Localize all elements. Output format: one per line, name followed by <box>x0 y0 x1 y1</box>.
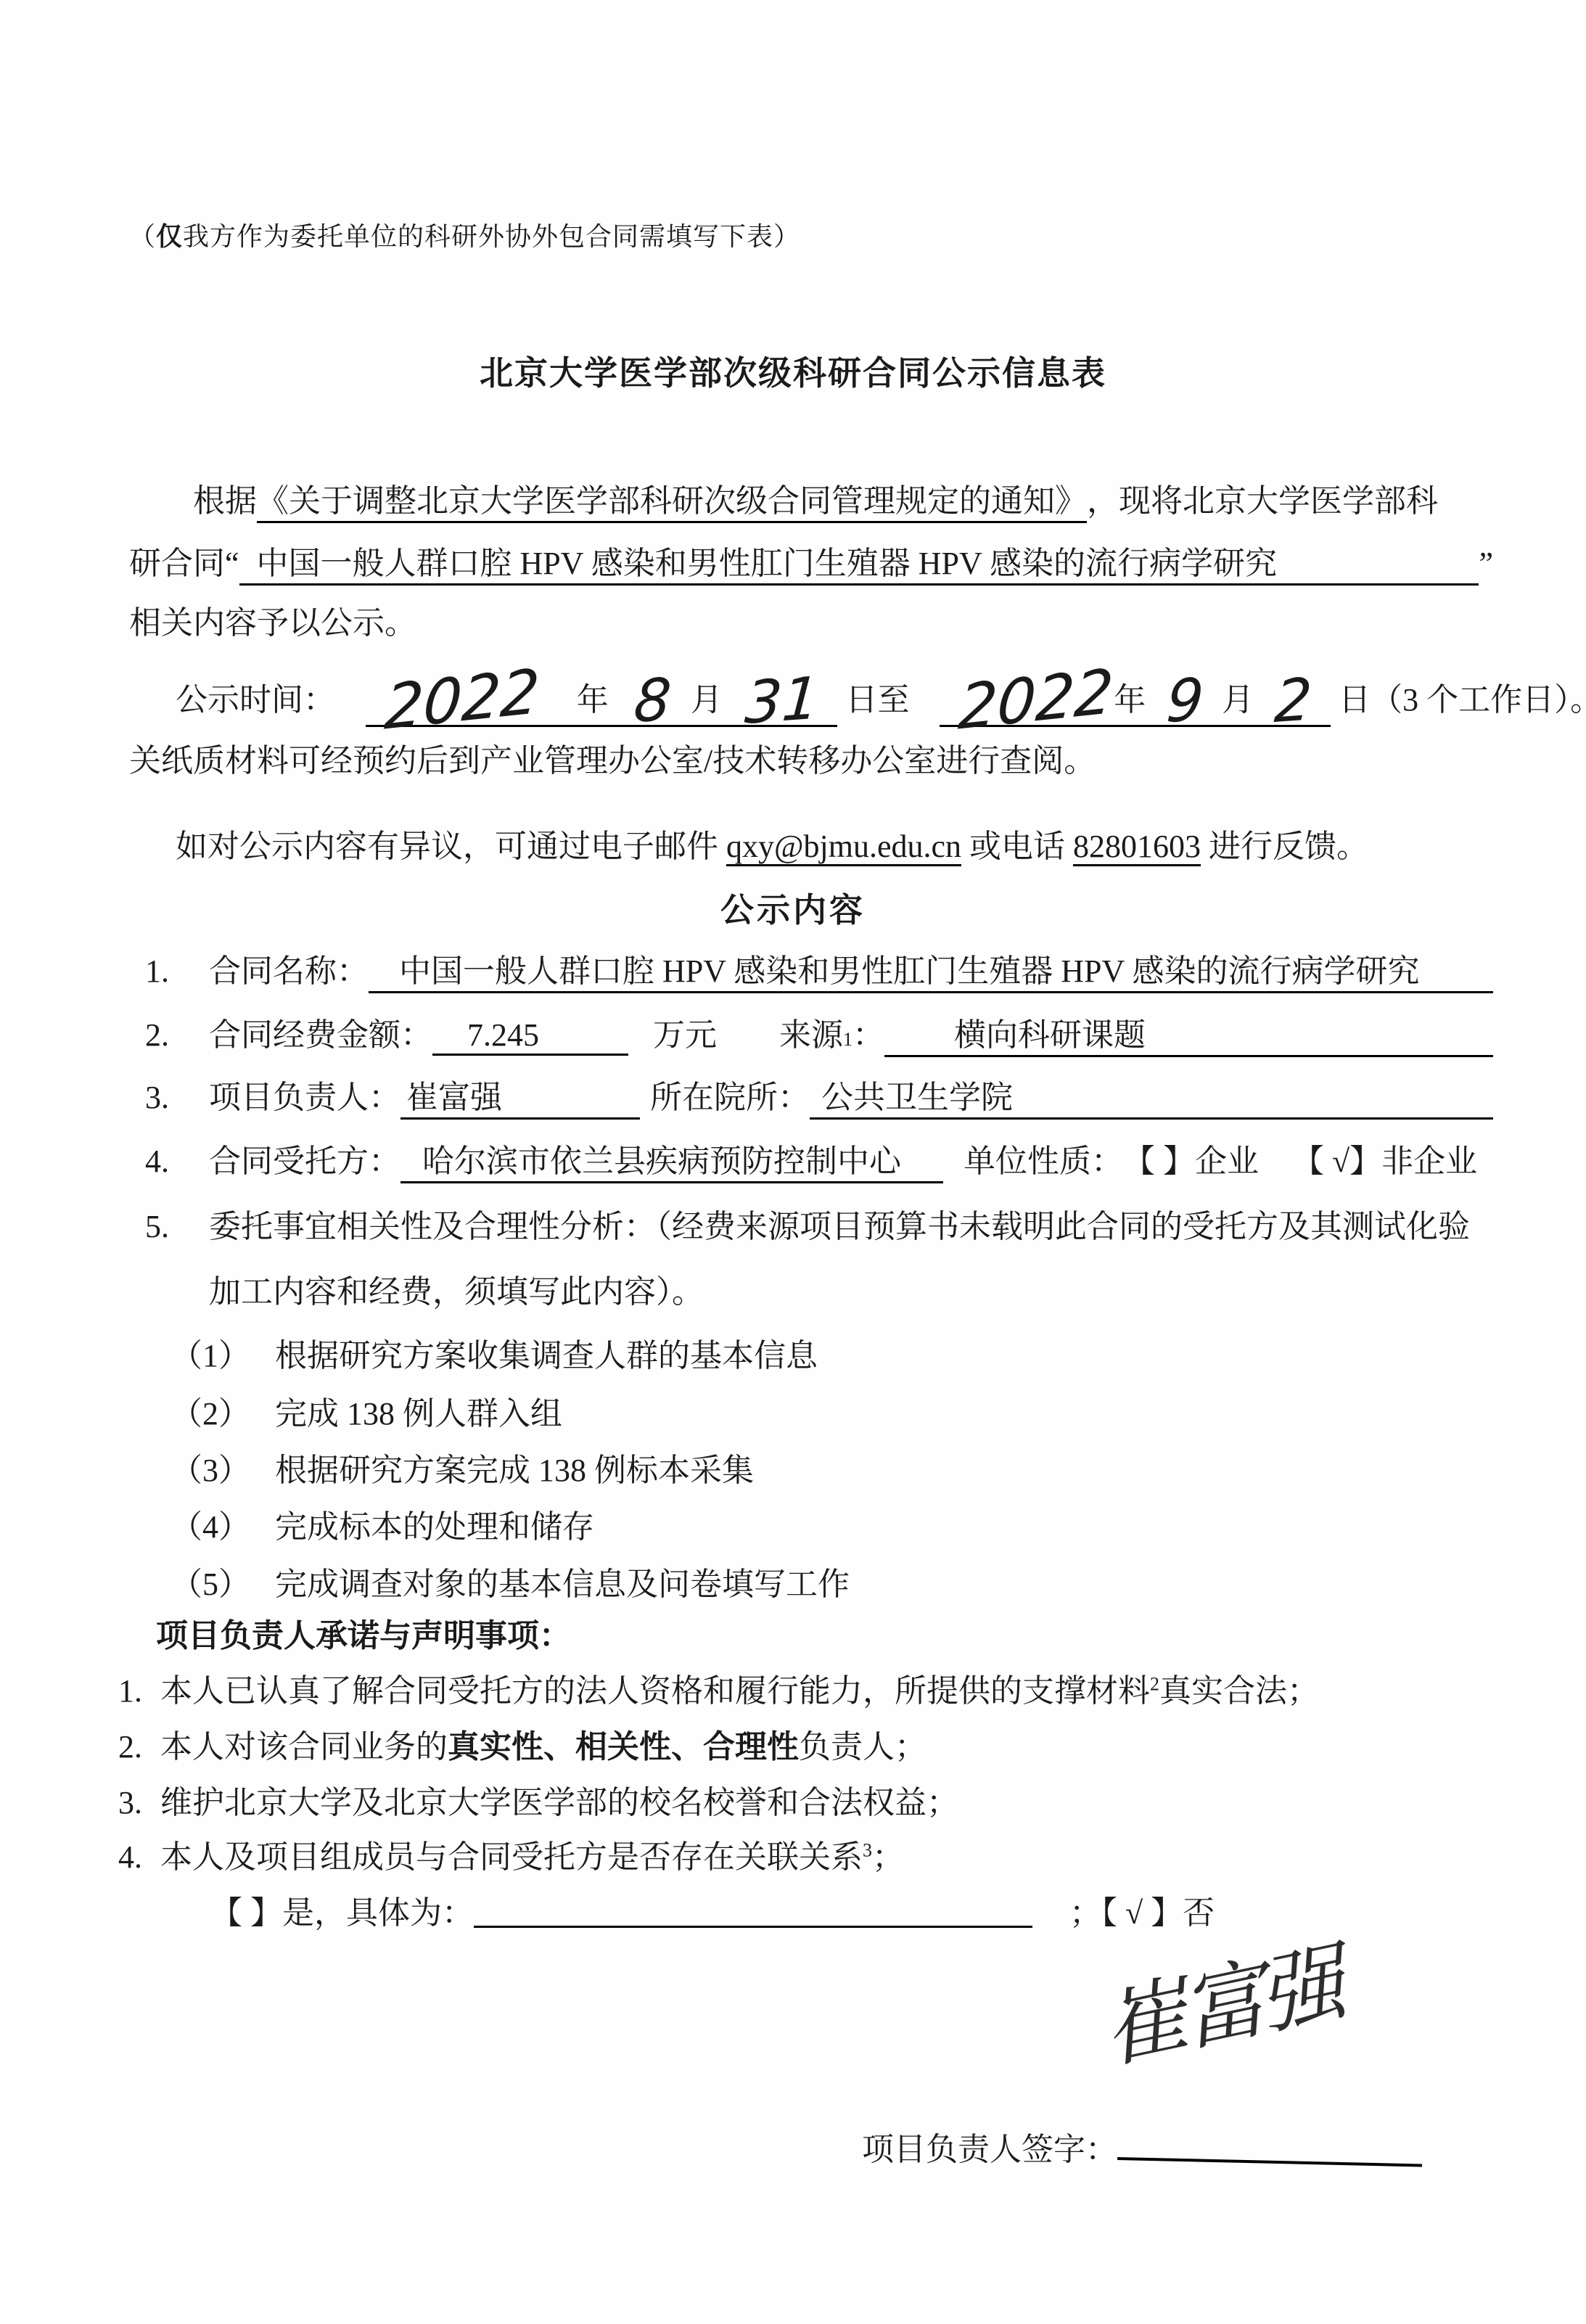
signature-handwriting: 崔富强 <box>1106 1908 1349 2086</box>
item-2-source-value: 横向科研课题 <box>884 1009 1493 1057</box>
relation-semicolon: ； <box>1069 1895 1101 1931</box>
commitment-4: 4. 本人及项目组成员与合同受托方是否存在关联关系3； <box>118 1831 904 1877</box>
signature-label-line: 项目负责人签字： <box>862 2123 1422 2169</box>
item-4-label2: 单位性质： <box>963 1135 1123 1181</box>
item-2-source-label: 来源 <box>779 1009 843 1055</box>
top-note-open: （ <box>129 222 156 251</box>
item-contract-name: 1. 合同名称： 中国一般人群口腔 HPV 感染和男性肛门生殖器 HPV 感染的… <box>145 945 1493 993</box>
relation-no-box: 【 √ 】 <box>1101 1895 1183 1931</box>
task-2-text: 完成 138 例人群入组 <box>275 1396 562 1432</box>
item-contractor: 4. 合同受托方： 哈尔滨市依兰县疾病预防控制中心 单位性质： 【 】企业 【 … <box>145 1135 1493 1183</box>
end-year-unit: 年 <box>1114 682 1146 718</box>
close-quote: ” <box>1479 545 1493 582</box>
commitment-2: 2. 本人对该合同业务的真实性、相关性、合理性负责人； <box>118 1720 926 1767</box>
document-page: （仅我方作为委托单位的科研外协外包合同需填写下表） 北京大学医学部次级科研合同公… <box>0 0 1586 2324</box>
intro-after-notice: ，现将北京大学医学部科 <box>1087 475 1438 521</box>
feedback-line: 如对公示内容有异议，可通过电子邮件 qxy@bjmu.edu.cn 或电话 82… <box>176 820 1368 866</box>
hw-end-day: 2 <box>1273 670 1313 731</box>
task-item-3: （3）根据研究方案完成 138 例标本采集 <box>170 1444 754 1490</box>
signature-label: 项目负责人签字： <box>862 2132 1117 2167</box>
commitment-3-num: 3. <box>118 1785 142 1820</box>
hw-start-year: 2022 <box>383 660 542 738</box>
day-to: 日至 <box>845 682 909 718</box>
item-funding: 2. 合同经费金额： 7.245 万元 来源1： 横向科研课题 <box>145 1009 1493 1057</box>
commitment-1: 1. 本人已认真了解合同受托方的法人资格和履行能力，所提供的支撑材料2真实合法； <box>118 1664 1319 1711</box>
task-4-text: 完成标本的处理和储存 <box>275 1509 594 1545</box>
item-5-line1: 委托事宜相关性及合理性分析：（经费来源项目预算书未载明此合同的受托方及其测试化验 <box>209 1200 1470 1247</box>
phone-text: 82801603 <box>1073 829 1201 866</box>
publicity-time-line-2: 关纸质材料可经预约后到产业管理办公室/技术转移办公室进行查阅。 <box>129 734 1096 781</box>
top-note-rest: 我方作为委托单位的科研外协外包合同需填写下表） <box>183 222 800 251</box>
email-text: qxy@bjmu.edu.cn <box>726 829 961 866</box>
item-3-value: 崔富强 <box>400 1071 640 1120</box>
feedback-pre: 如对公示内容有异议，可通过电子邮件 <box>176 829 726 864</box>
item-pi: 3. 项目负责人： 崔富强 所在院所： 公共卫生学院 <box>145 1071 1493 1120</box>
task-5-num: （5） <box>170 1567 250 1602</box>
item-2-label: 合同经费金额： <box>209 1009 432 1055</box>
end-date-blank: 2022年 9 月 2 <box>940 682 1331 727</box>
task-item-5: （5）完成调查对象的基本信息及问卷填写工作 <box>170 1558 850 1604</box>
top-note-bold: 仅 <box>156 222 183 251</box>
task-2-num: （2） <box>170 1396 250 1432</box>
month-unit: 月 <box>691 682 723 718</box>
item-analysis-line-1: 5. 委托事宜相关性及合理性分析：（经费来源项目预算书未载明此合同的受托方及其测… <box>145 1200 1513 1247</box>
commitment-3: 3. 维护北京大学及北京大学医学部的校名校誉和合法权益； <box>118 1776 958 1823</box>
start-date-blank: 2022 年 8 月 31 <box>366 682 837 727</box>
end-month-unit: 月 <box>1222 682 1254 718</box>
commitment-1-pre: 本人已认真了解合同受托方的法人资格和履行能力，所提供的支撑材料 <box>160 1673 1150 1709</box>
notice-title: 《关于调整北京大学医学部科研次级合同管理规定的通知》 <box>257 475 1087 523</box>
task-item-2: （2）完成 138 例人群入组 <box>170 1387 562 1434</box>
task-1-num: （1） <box>170 1338 250 1374</box>
feedback-post: 进行反馈。 <box>1201 829 1368 864</box>
commitment-4-num: 4. <box>118 1839 142 1875</box>
task-4-num: （4） <box>170 1509 250 1545</box>
item-2-source-colon: ： <box>852 1009 884 1055</box>
commitment-2-pre: 本人对该合同业务的 <box>160 1729 448 1765</box>
task-3-num: （3） <box>170 1453 250 1488</box>
commitment-1-num: 1. <box>118 1673 142 1709</box>
task-item-1: （1）根据研究方案收集调查人群的基本信息 <box>170 1329 818 1376</box>
commitment-1-post: 真实合法； <box>1159 1673 1319 1709</box>
relation-no-label: 否 <box>1183 1895 1215 1931</box>
item-1-value: 中国一般人群口腔 HPV 感染和男性肛门生殖器 HPV 感染的流行病学研究 <box>369 945 1493 993</box>
commitment-1-sup: 2 <box>1150 1673 1159 1694</box>
feedback-mid: 或电话 <box>961 829 1073 864</box>
item-3-num: 3. <box>145 1079 209 1116</box>
publicity-time-label: 公示时间： <box>176 682 335 718</box>
commitment-2-bold: 真实性、相关性、合理性 <box>448 1729 799 1765</box>
commitment-4-sup: 3 <box>863 1839 872 1860</box>
year-unit: 年 <box>577 682 609 718</box>
intro-line-1: 根据 《关于调整北京大学医学部科研次级合同管理规定的通知》 ，现将北京大学医学部… <box>129 475 1493 523</box>
item-3-label: 项目负责人： <box>209 1071 400 1117</box>
item-4-label: 合同受托方： <box>209 1135 400 1181</box>
commitment-3-text: 维护北京大学及北京大学医学部的校名校誉和合法权益； <box>160 1785 958 1820</box>
task-5-text: 完成调查对象的基本信息及问卷填写工作 <box>275 1567 850 1602</box>
hw-start-day: 31 <box>743 669 821 733</box>
intro-pre: 根据 <box>193 475 257 521</box>
commitments-heading: 项目负责人承诺与声明事项： <box>156 1609 571 1656</box>
item-3-label2: 所在院所： <box>650 1071 810 1117</box>
intro-line-2: 研合同“ 中国一般人群口腔 HPV 感染和男性肛门生殖器 HPV 感染的流行病学… <box>129 537 1493 586</box>
intro-line2-pre: 研合同“ <box>129 537 239 583</box>
signature-blank-line <box>1117 2157 1422 2167</box>
commitment-4-pre: 本人及项目组成员与合同受托方是否存在关联关系 <box>160 1839 863 1875</box>
publicity-time-line: 公示时间： 2022 年 8 月 31 日至 2022年 9 月 2 日（3 个… <box>176 669 1586 730</box>
relation-choice: 【 】是，具体为： ；【 √ 】否 <box>210 1886 1215 1933</box>
commitment-4-post: ； <box>872 1839 904 1875</box>
relation-detail-blank <box>474 1926 1032 1928</box>
task-1-text: 根据研究方案收集调查人群的基本信息 <box>275 1338 818 1374</box>
commitment-2-num: 2. <box>118 1729 142 1765</box>
item-4-value: 哈尔滨市依兰县疾病预防控制中心 <box>400 1135 943 1183</box>
item-1-label: 合同名称： <box>209 945 369 991</box>
item-analysis-line-2: 加工内容和经费，须填写此内容）。 <box>209 1265 704 1312</box>
item-4-opt-non-enterprise: 【 √】非企业 <box>1292 1135 1477 1181</box>
hw-end-year: 2022 <box>957 660 1116 738</box>
relation-yes-label: 是，具体为： <box>282 1895 474 1931</box>
item-3-value2: 公共卫生学院 <box>810 1071 1493 1120</box>
item-5-num: 5. <box>145 1208 209 1245</box>
intro-line-3: 相关内容予以公示。 <box>129 596 416 643</box>
section-title: 公示内容 <box>0 884 1586 932</box>
item-4-opt-enterprise: 【 】企业 <box>1123 1135 1259 1181</box>
task-item-4: （4）完成标本的处理和储存 <box>170 1500 594 1547</box>
task-3-text: 根据研究方案完成 138 例标本采集 <box>275 1453 754 1488</box>
contract-name: 中国一般人群口腔 HPV 感染和男性肛门生殖器 HPV 感染的流行病学研究 <box>239 537 1479 586</box>
item-4-num: 4. <box>145 1143 209 1180</box>
item-2-unit: 万元 <box>653 1009 717 1055</box>
page-title: 北京大学医学部次级科研合同公示信息表 <box>0 347 1586 395</box>
item-2-amount: 7.245 <box>432 1017 628 1056</box>
hw-start-month: 8 <box>632 670 673 731</box>
commitment-2-post: 负责人； <box>799 1729 926 1765</box>
item-1-num: 1. <box>145 953 209 990</box>
publicity-time-after: 日（3 个工作日）。合同相 <box>1339 682 1586 718</box>
relation-yes-box: 【 】 <box>210 1895 282 1931</box>
item-2-num: 2. <box>145 1017 209 1054</box>
top-note: （仅我方作为委托单位的科研外协外包合同需填写下表） <box>129 216 800 253</box>
hw-end-month: 9 <box>1165 670 1206 731</box>
